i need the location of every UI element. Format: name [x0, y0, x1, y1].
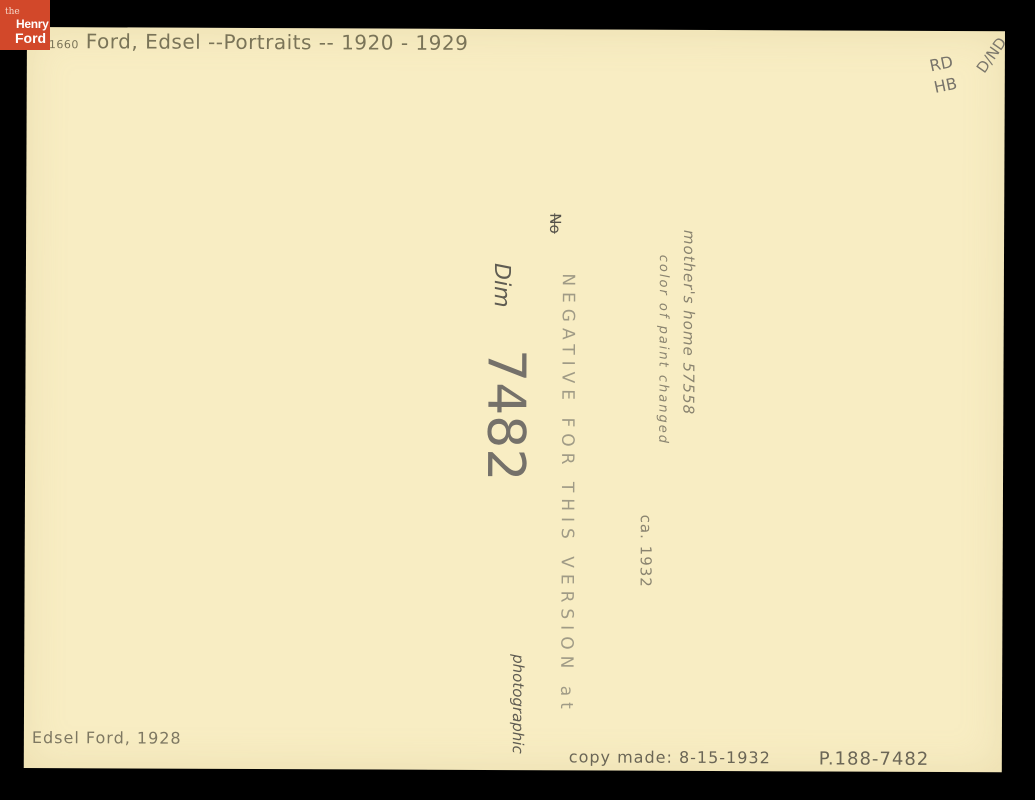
dim-value: 7482 — [475, 349, 536, 482]
photo-back-paper: 1660 Ford, Edsel --Portraits -- 1920 - 1… — [24, 27, 1005, 772]
photographic-note: photographic — [509, 654, 527, 754]
logo-the: the — [5, 7, 20, 17]
the-henry-ford-logo: the Henry Ford — [0, 0, 50, 50]
caption-text: Ford, Edsel --Portraits -- 1920 - 1929 — [86, 29, 469, 55]
negative-note: NEGATIVE FOR THIS VERSION at — [556, 273, 578, 715]
bottom-left-caption: Edsel Ford, 1928 — [32, 728, 182, 748]
caption-number: 1660 — [49, 38, 79, 51]
note-line-2: color of paint changed — [655, 255, 671, 445]
dim-label: Dim — [489, 263, 514, 308]
struck-text: No — [546, 213, 564, 233]
corner-mark: D/ND — [973, 34, 1010, 77]
reference-number: P.188-7482 — [819, 748, 930, 769]
initials-hb: HB — [932, 73, 959, 99]
note-line-1: mother's home 57558 — [679, 230, 698, 415]
copy-made-date: copy made: 8-15-1932 — [569, 747, 771, 767]
logo-ford: Ford — [15, 30, 46, 46]
logo-henry: Henry — [16, 17, 49, 31]
circa-date: ca. 1932 — [637, 515, 655, 588]
top-caption: 1660 Ford, Edsel --Portraits -- 1920 - 1… — [49, 29, 469, 55]
top-right-initials: RD HB — [928, 51, 960, 99]
